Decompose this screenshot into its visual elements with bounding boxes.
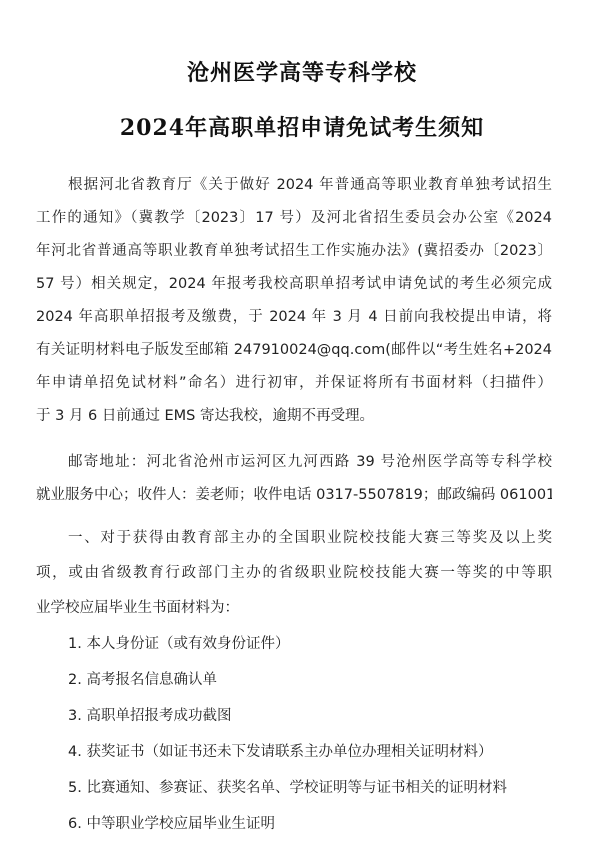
requirement-item: 6. 中等职业学校应届毕业生证明 xyxy=(68,813,552,835)
requirement-item: 4. 获奖证书（如证书还未下发请联系主办单位办理相关证明材料） xyxy=(68,741,552,763)
mailing-address-line: 就业服务中心；收件人：姜老师；收件电话 0317-5507819；邮政编码 06… xyxy=(36,484,552,506)
section-one-line: 业学校应届毕业生书面材料为： xyxy=(36,597,552,619)
requirement-item: 3. 高职单招报考成功截图 xyxy=(68,705,552,727)
requirement-item: 2. 高考报名信息确认单 xyxy=(68,669,552,691)
document-page: 沧州医学高等专科学校 2024年高职单招申请免试考生须知 根据河北省教育厅《关于… xyxy=(0,0,604,860)
paragraph-1-line: 根据河北省教育厅《关于做好 2024 年普通高等职业教育单独考试招生 xyxy=(68,174,552,196)
document-subtitle: 2024年高职单招申请免试考生须知 xyxy=(0,111,604,142)
paragraph-1-line: 年河北省普通高等职业教育单独考试招生工作实施办法》(冀招委办〔2023〕 xyxy=(36,240,552,262)
paragraph-1-line: 工作的通知》（冀教学〔2023〕17 号）及河北省招生委员会办公室《2024 xyxy=(36,207,552,229)
paragraph-1-line: 年申请单招免试材料”命名）进行初审，并保证将所有书面材料（扫描件） xyxy=(36,372,552,394)
section-one-line: 一、对于获得由教育部主办的全国职业院校技能大赛三等奖及以上奖 xyxy=(68,527,552,549)
section-one-line: 项，或由省级教育行政部门主办的省级职业院校技能大赛一等奖的中等职 xyxy=(36,562,552,584)
requirement-item: 1. 本人身份证（或有效身份证件） xyxy=(68,633,552,655)
paragraph-1-line: 于 3 月 6 日前通过 EMS 寄达我校，逾期不再受理。 xyxy=(36,405,552,427)
paragraph-1-line: 2024 年高职单招报考及缴费，于 2024 年 3 月 4 日前向我校提出申请… xyxy=(36,306,552,328)
requirement-item: 5. 比赛通知、参赛证、获奖名单、学校证明等与证书相关的证明材料 xyxy=(68,777,552,799)
mailing-address-line: 邮寄地址：河北省沧州市运河区九河西路 39 号沧州医学高等专科学校 xyxy=(68,451,552,473)
paragraph-1-line: 57 号）相关规定，2024 年报考我校高职单招考试申请免试的考生必须完成 xyxy=(36,273,552,295)
paragraph-1-line: 有关证明材料电子版发至邮箱 247910024@qq.com(邮件以“考生姓名+… xyxy=(36,339,552,361)
document-title: 沧州医学高等专科学校 xyxy=(0,56,604,87)
